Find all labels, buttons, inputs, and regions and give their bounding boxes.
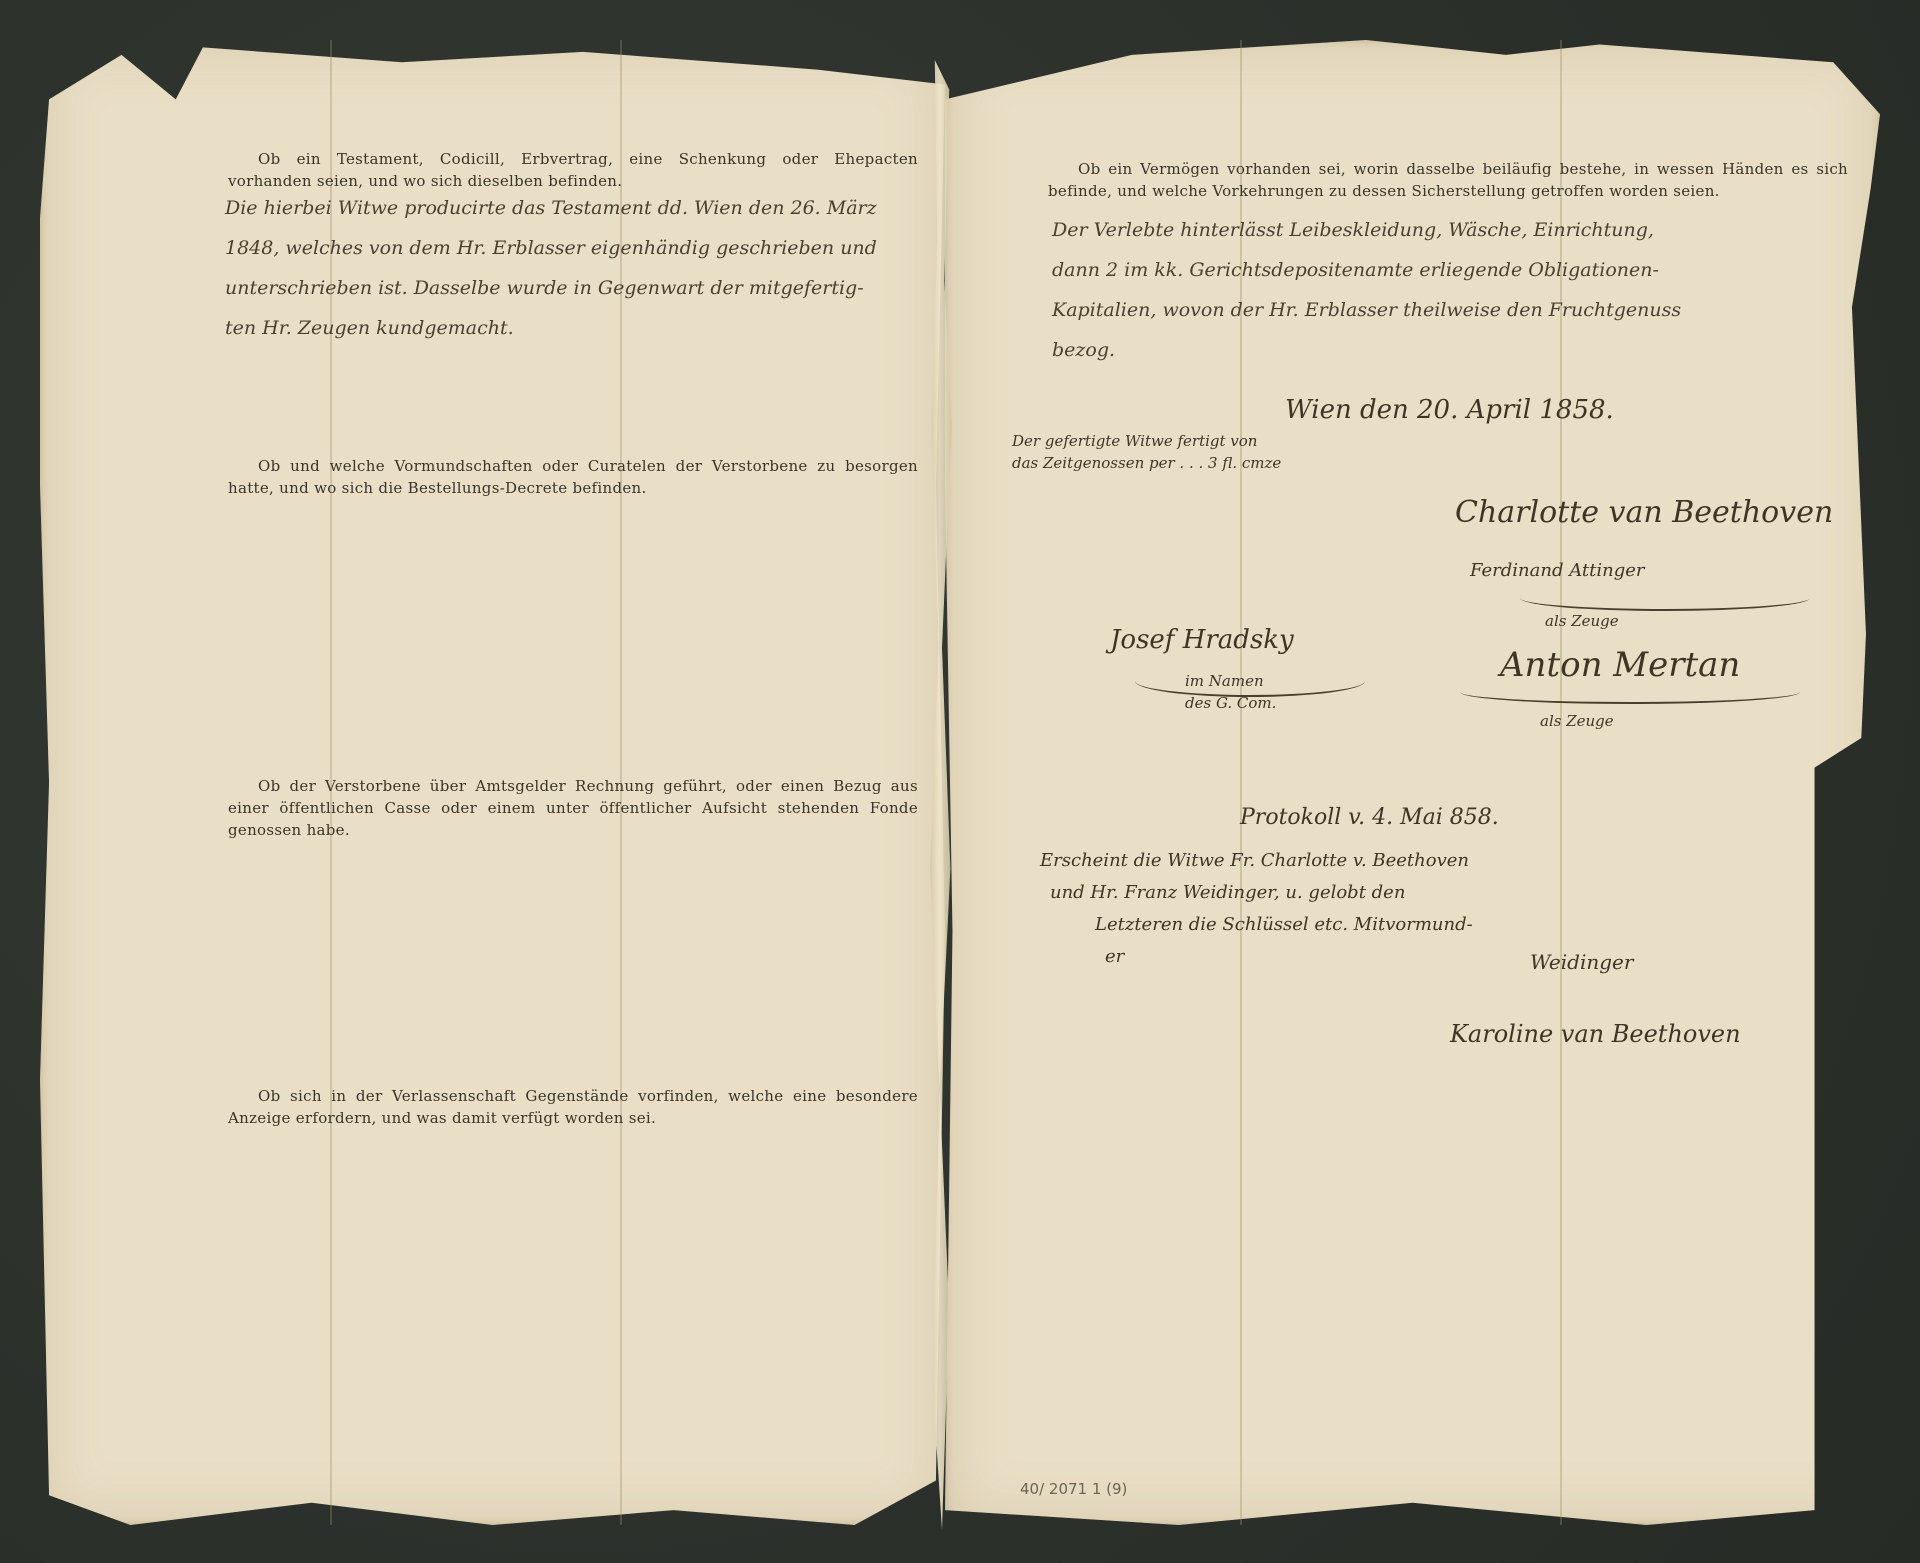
- handwritten-line: Der Verlebte hinterlässt Leibeskleidung,…: [1052, 210, 1852, 250]
- signature-flourish: [1460, 680, 1800, 704]
- handwritten-line: Die hierbei Witwe producirte das Testame…: [225, 188, 945, 228]
- signature-karoline: Karoline van Beethoven: [1450, 1020, 1741, 1048]
- official-role: im Namen des G. Com.: [1185, 670, 1276, 714]
- handwritten-line: unterschrieben ist. Dasselbe wurde in Ge…: [225, 268, 945, 308]
- place-date: Wien den 20. April 1858.: [1285, 395, 1614, 425]
- handwritten-line: 1848, welches von dem Hr. Erblasser eige…: [225, 228, 945, 268]
- printed-question-public-funds: Ob der Verstorbene über Amtsgelder Rechn…: [228, 775, 918, 841]
- protocol-line: und Hr. Franz Weidinger, u. gelobt den: [1040, 877, 1840, 909]
- handwritten-line: dann 2 im kk. Gerichtsdepositenamte erli…: [1052, 250, 1852, 290]
- printed-question-special-items: Ob sich in der Verlassenschaft Gegenstän…: [228, 1085, 918, 1129]
- witness-2-role: als Zeuge: [1540, 712, 1614, 730]
- protocol-line: Erscheint die Witwe Fr. Charlotte v. Bee…: [1040, 845, 1840, 877]
- signature-witness-1: Ferdinand Attinger: [1470, 560, 1644, 581]
- protocol-text: Erscheint die Witwe Fr. Charlotte v. Bee…: [1040, 845, 1840, 973]
- witness-1-role: als Zeuge: [1545, 612, 1619, 630]
- handwritten-answer-testament: Die hierbei Witwe producirte das Testame…: [225, 188, 945, 348]
- protocol-heading: Protokoll v. 4. Mai 858.: [1240, 805, 1499, 830]
- official-role-line: im Namen: [1185, 670, 1276, 692]
- archive-mark: 40/ 2071 1 (9): [1020, 1480, 1127, 1498]
- printed-question-assets: Ob ein Vermögen vorhanden sei, worin das…: [1048, 158, 1848, 202]
- protocol-line: er: [1040, 941, 1840, 973]
- signature-official: Josef Hradsky: [1110, 625, 1294, 655]
- signature-weidinger: Weidinger: [1530, 950, 1633, 974]
- printed-question-guardianship: Ob und welche Vormundschaften oder Curat…: [228, 455, 918, 499]
- signature-widow: Charlotte van Beethoven: [1455, 495, 1833, 530]
- handwritten-answer-assets: Der Verlebte hinterlässt Leibeskleidung,…: [1052, 210, 1852, 370]
- handwritten-line: bezog.: [1052, 330, 1852, 370]
- official-role-line: des G. Com.: [1185, 692, 1276, 714]
- fee-note-line: das Zeitgenossen per . . . 3 fl. cmze: [1012, 452, 1352, 474]
- handwritten-line: ten Hr. Zeugen kundgemacht.: [225, 308, 945, 348]
- fee-note: Der gefertigte Witwe fertigt von das Zei…: [1012, 430, 1352, 474]
- protocol-line: Letzteren die Schlüssel etc. Mitvormund-: [1040, 909, 1840, 941]
- fee-note-line: Der gefertigte Witwe fertigt von: [1012, 430, 1352, 452]
- signature-flourish: [1520, 585, 1810, 611]
- handwritten-line: Kapitalien, wovon der Hr. Erblasser thei…: [1052, 290, 1852, 330]
- signature-witness-2: Anton Mertan: [1500, 645, 1740, 685]
- printed-question-testament: Ob ein Testament, Codicill, Erbvertrag, …: [228, 148, 918, 192]
